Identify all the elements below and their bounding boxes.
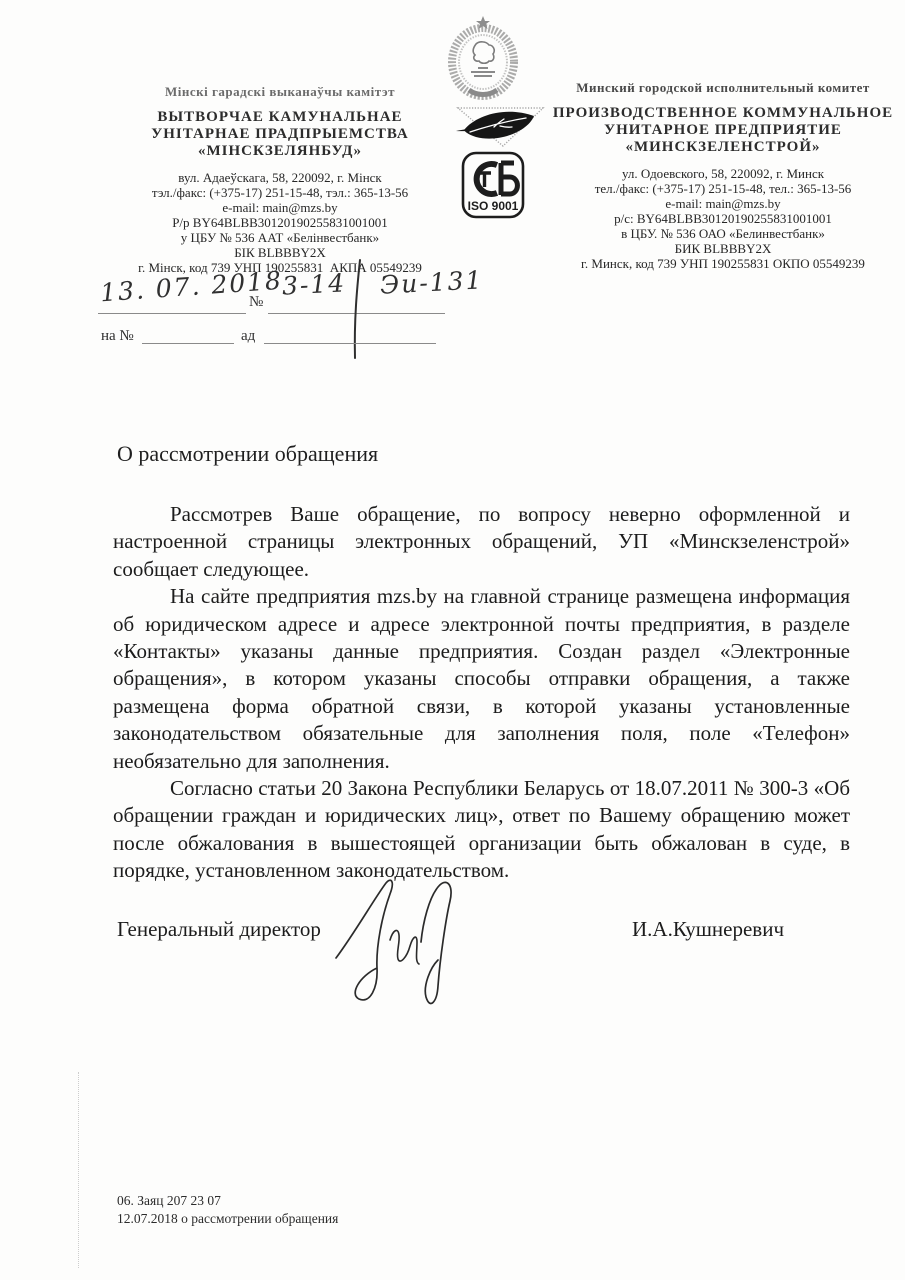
letter-subject: О рассмотрении обращения [117,441,378,467]
address-block-ru: ул. Одоевского, 58, 220092, г. Минск тел… [543,166,903,271]
org-name-ru-line1: ПРОИЗВОДСТВЕННОЕ КОММУНАЛЬНОЕ [543,105,903,122]
scan-fold-line [78,1072,79,1268]
org-name-be-line2: УНІТАРНАЕ ПРАДПРЫЕМСТВА [96,126,464,143]
leaf-logo-icon [454,103,546,149]
address-bic-ru: БИК BLBBBY2X [543,241,903,256]
address-bank-be: у ЦБУ № 536 ААТ «Белінвестбанк» [96,230,464,245]
handwritten-slash-stroke [344,258,370,362]
number-sign-label: № [249,294,263,311]
org-name-be-line3: «МІНСКЗЕЛЯНБУД» [96,143,464,160]
address-phone-ru: тел./факс: (+375-17) 251-15-48, тел.: 36… [543,181,903,196]
address-bic-be: БІК BLBBBY2X [96,245,464,260]
address-bank-ru: в ЦБУ. № 536 ОАО «Белинвестбанк» [543,226,903,241]
org-name-be-line1: ВЫТВОРЧАЕ КАМУНАЛЬНАЕ [96,109,464,126]
letterhead-left-block: Мінскі гарадскі выканаўчы камітэт ВЫТВОР… [96,84,464,275]
director-signature [330,876,470,1018]
address-email-ru: e-mail: main@mzs.by [543,196,903,211]
executor-line: 06. Заяц 207 23 07 [117,1192,338,1210]
address-street-be: вул. Адаеўскага, 58, 220092, г. Мінск [96,170,464,185]
org-name-ru-line2: УНИТАРНОЕ ПРЕДПРИЯТИЕ [543,122,903,139]
committee-name-ru: Минский городской исполнительный комитет [543,80,903,96]
address-account-be: Р/р BY64BLBB30120190255831001001 [96,215,464,230]
outgoing-number-right-handwritten: Эи-131 [379,265,484,299]
date-underline [98,312,246,314]
letterhead-right-block: Минский городской исполнительный комитет… [543,80,903,271]
reply-number-label: на № [101,328,134,345]
signer-position: Генеральный директор [117,917,321,942]
stb-iso9001-badge: ISO 9001 [461,151,525,219]
body-paragraph-3: Согласно статьи 20 Закона Республики Бел… [113,775,850,885]
committee-name-be: Мінскі гарадскі выканаўчы камітэт [96,84,464,100]
reply-date-underline [264,342,436,344]
address-codes-ru: г. Минск, код 739 УНП 190255831 ОКПО 055… [543,256,903,271]
scanned-letter-page: Мінскі гарадскі выканаўчы камітэт ВЫТВОР… [0,0,905,1280]
executor-note: 06. Заяц 207 23 07 12.07.2018 о рассмотр… [117,1192,338,1228]
address-block-be: вул. Адаеўскага, 58, 220092, г. Мінск тэ… [96,170,464,275]
belarus-coat-of-arms-icon [445,14,521,100]
outgoing-number-left-handwritten: 3-14 [281,268,347,300]
iso-9001-label: ISO 9001 [468,199,519,213]
body-paragraph-2: На сайте предприятия mzs.by на главной с… [113,583,850,775]
reply-date-label: ад [241,328,255,345]
address-street-ru: ул. Одоевского, 58, 220092, г. Минск [543,166,903,181]
address-phone-be: тэл./факс: (+375-17) 251-15-48, тэл.: 36… [96,185,464,200]
file-reference-line: 12.07.2018 о рассмотрении обращения [117,1210,338,1228]
address-account-ru: р/с: BY64BLBB30120190255831001001 [543,211,903,226]
org-name-ru-line3: «МИНСКЗЕЛЕНСТРОЙ» [543,139,903,156]
signer-name: И.А.Кушнеревич [632,917,784,942]
letter-body: Рассмотрев Ваше обращение, по вопросу не… [113,501,850,885]
address-email-be: e-mail: main@mzs.by [96,200,464,215]
reply-number-underline [142,342,234,344]
body-paragraph-1: Рассмотрев Ваше обращение, по вопросу не… [113,501,850,583]
